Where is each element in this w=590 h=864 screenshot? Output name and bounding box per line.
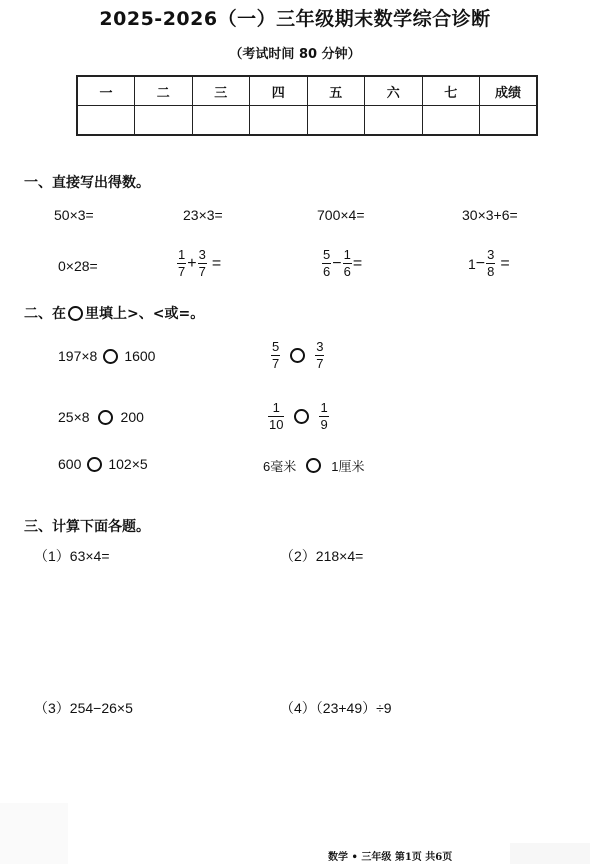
mental-math-item: 0×28= [58,258,98,274]
mental-math-item: 50×3= [54,207,94,223]
fraction: 16 [343,248,352,279]
mental-math-item: 30×3+6= [462,207,518,223]
fraction: 37 [315,340,324,371]
compare-circle[interactable] [103,349,118,364]
score-cell[interactable] [422,106,480,136]
score-col-header: 成绩 [480,76,538,106]
compare-item: 25×8 200 [58,409,144,425]
score-cell[interactable] [77,106,135,136]
score-col-header: 五 [307,76,365,106]
mental-math-item: 23×3= [183,207,223,223]
fraction-expression: 1 − 38 = [468,248,510,279]
fraction-expression: 56 − 16 = [321,248,362,279]
calc-problem: （4）（23+49）÷9 [280,698,392,718]
score-cell[interactable] [135,106,193,136]
fraction: 17 [177,248,186,279]
fraction: 110 [268,401,284,432]
compare-item: 600 102×5 [58,456,148,472]
score-col-header: 六 [365,76,423,106]
circle-icon [68,306,83,321]
fraction: 38 [486,248,495,279]
section1-heading: 一、直接写出得数。 [24,172,150,192]
calc-problem: （2）218×4= [280,546,363,566]
fraction: 37 [198,248,207,279]
calc-problem: （3）254−26×5 [34,698,133,718]
score-col-header: 三 [192,76,250,106]
compare-circle[interactable] [290,348,305,363]
fraction: 57 [271,340,280,371]
compare-circle[interactable] [87,457,102,472]
page-title: 2025-2026（一）三年级期末数学综合诊断 [0,4,590,31]
fraction-expression: 17 + 37 = [176,248,221,279]
compare-item: 57 37 [270,340,325,371]
mental-math-item: 700×4= [317,207,365,223]
section2-heading: 二、在 里填上>、<或=。 [24,303,204,323]
compare-circle[interactable] [306,458,321,473]
score-cell[interactable] [250,106,308,136]
answer-area[interactable] [30,724,560,834]
compare-item: 110 19 [267,401,330,432]
exam-duration: （考试时间 80 分钟） [0,43,590,62]
section3-heading: 三、计算下面各题。 [24,516,150,536]
scan-artifact [510,843,590,864]
calc-problem: （1）63×4= [34,546,110,566]
compare-circle[interactable] [294,409,309,424]
score-col-header: 二 [135,76,193,106]
page-footer: 数学 • 三年级 第1页 共6页 [328,848,452,863]
score-cell[interactable] [192,106,250,136]
score-cell[interactable] [365,106,423,136]
fraction: 56 [322,248,331,279]
fraction: 19 [319,401,328,432]
score-col-header: 七 [422,76,480,106]
compare-circle[interactable] [98,410,113,425]
score-cell[interactable] [307,106,365,136]
score-col-header: 四 [250,76,308,106]
compare-item: 6毫米 1厘米 [263,456,364,475]
score-cell[interactable] [480,106,538,136]
answer-area[interactable] [30,572,560,682]
score-col-header: 一 [77,76,135,106]
score-table: 一 二 三 四 五 六 七 成绩 [76,75,538,136]
compare-item: 197×8 1600 [58,348,155,364]
